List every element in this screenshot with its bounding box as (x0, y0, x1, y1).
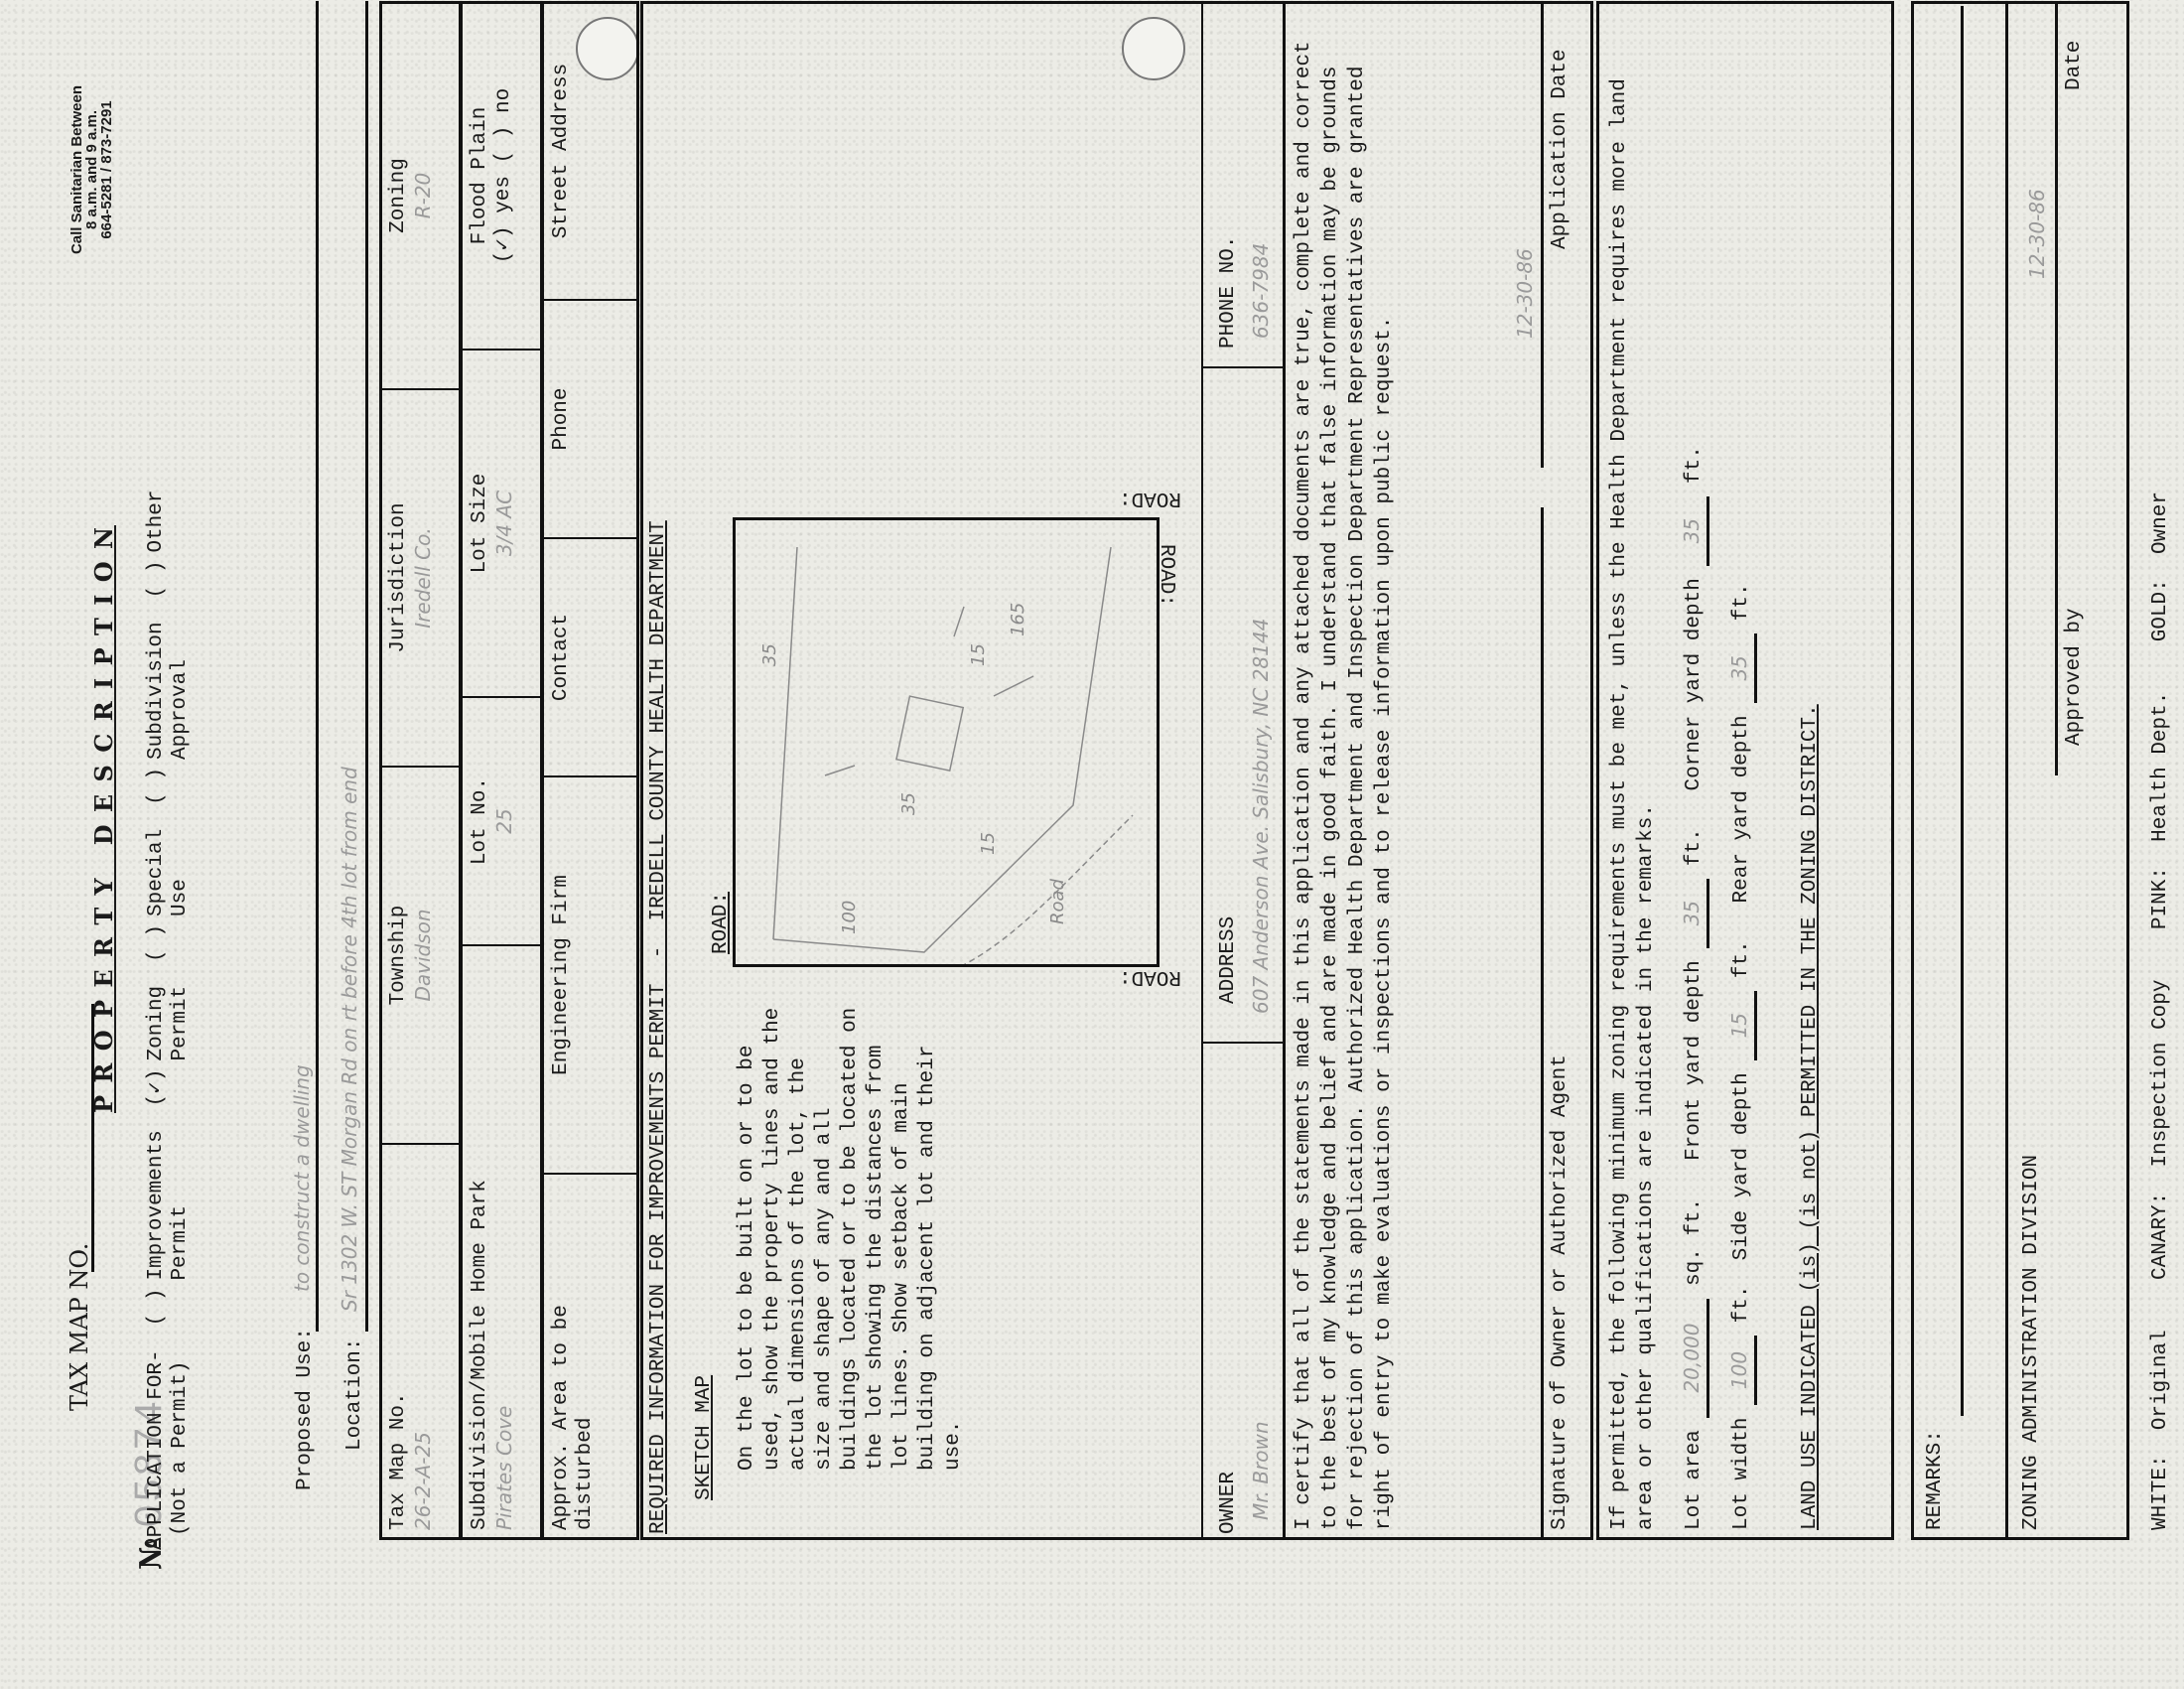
location-field[interactable] (365, 1, 368, 1332)
option-sublabel: Permit (169, 986, 193, 1061)
front-yard-value: 35 (1680, 901, 1704, 925)
option-improvements-permit[interactable]: ( ) ImprovementsPermit (145, 1130, 193, 1326)
signature-label: Signature of Owner or Authorized Agent (1549, 1055, 1572, 1530)
application-date-label: Application Date (1549, 49, 1572, 249)
road-label-right: ROAD: (1119, 486, 1181, 509)
cell-label: Approx. Area to be disturbed (550, 1183, 598, 1530)
option-label: Subdivision (145, 622, 169, 760)
location-label: Location: (343, 1338, 367, 1451)
corner-yard-value: 35 (1680, 518, 1704, 543)
owner-label: OWNER (1217, 1472, 1241, 1534)
requirements-intro: If permitted, the following minimum zoni… (1606, 21, 1660, 1530)
cell-label: Zoning (387, 11, 411, 380)
lot-area-field[interactable]: 20,000 (1680, 1299, 1709, 1418)
cell-contact[interactable]: Contact (542, 537, 639, 777)
svg-text:15: 15 (968, 643, 989, 666)
approved-by-label: Approved by (2063, 608, 2087, 746)
lot-area-row: Lot area 20,000 sq. ft. Front yard depth… (1680, 446, 1709, 1530)
cell-subdivision[interactable]: Subdivision/Mobile Home Park Pirates Cov… (461, 944, 542, 1540)
cell-label: Subdivision/Mobile Home Park (469, 954, 492, 1530)
corner-yard-label: Corner yard depth (1683, 578, 1706, 790)
cell-lot-no[interactable]: Lot No. 25 (461, 696, 542, 946)
approved-date-value: 12-30-86 (2025, 189, 2049, 279)
checkbox-improvements[interactable]: ( ) (145, 1289, 193, 1327)
checkbox-subdivision[interactable]: ( ) (145, 768, 193, 805)
flood-plain-options[interactable]: (✓) yes ( ) no (492, 11, 516, 341)
phone-value: 636-7984 (1249, 243, 1273, 339)
application-for-label-group: APPLICATION FOR- (Not a Permit) (145, 1349, 193, 1550)
sketch-map-label: SKETCH MAP (693, 1375, 717, 1500)
svg-text:15: 15 (978, 832, 999, 855)
address-value: 607 Anderson Ave. Salisbury, NC 28144 (1249, 619, 1273, 1014)
application-for-sublabel: (Not a Permit) (169, 1349, 193, 1550)
cell-label: Tax Map No. (387, 1153, 411, 1530)
call-line-2: 8 a.m. and 9 a.m. (84, 61, 99, 279)
side-yard-value: 15 (1727, 1013, 1751, 1038)
cell-value: Pirates Cove (492, 954, 516, 1530)
cell-label: Contact (550, 547, 574, 768)
application-date-value: 12-30-86 (1513, 248, 1537, 339)
sketch-drawing: 35 35 15 15 100 165 Road (736, 520, 1157, 964)
cell-label: Street Address (550, 11, 574, 291)
owner-value: Mr. Brown (1249, 1421, 1273, 1520)
cell-engineering-firm[interactable]: Engineering Firm (542, 775, 639, 1175)
call-line-3: 664-5281 / 873-7291 (99, 61, 114, 279)
cell-street-address[interactable]: Street Address (542, 1, 639, 301)
checkbox-special-use[interactable]: ( ) (145, 924, 193, 962)
rear-yard-value: 35 (1727, 655, 1751, 680)
option-special-use[interactable]: ( ) SpecialUse (145, 829, 193, 962)
remarks-divider (2005, 1, 2008, 1540)
copy-distribution-footer: WHITE: Original CANARY: Inspection Copy … (2149, 492, 2173, 1530)
cell-label: Jurisdiction (387, 398, 411, 758)
svg-text:165: 165 (1008, 603, 1028, 636)
owner-divider (1203, 1042, 1283, 1044)
unit-ft: ft. (1683, 446, 1706, 484)
scanned-form-page: TAX MAP NO. Call Sanitarian Between 8 a.… (0, 0, 2184, 1689)
cell-value: 26-2-A-25 (411, 1153, 435, 1530)
option-sublabel: Approval (169, 622, 193, 760)
svg-text:35: 35 (898, 792, 919, 815)
owner-row-top (1201, 1, 1203, 1540)
option-label: Special (145, 829, 169, 916)
side-yard-label: Side yard depth (1730, 1072, 1753, 1260)
cell-value: 25 (492, 706, 516, 936)
unit-ft: ft. (1730, 583, 1753, 621)
svg-text:100: 100 (839, 901, 860, 934)
option-label: Other (145, 491, 193, 553)
front-yard-label: Front yard depth (1683, 960, 1706, 1161)
cell-phone[interactable]: Phone (542, 299, 639, 539)
sketch-instructions: On the lot to be built on or to be used,… (735, 1004, 967, 1471)
call-sanitarian-box: Call Sanitarian Between 8 a.m. and 9 a.m… (69, 61, 114, 279)
cell-area-disturbed[interactable]: Approx. Area to be disturbed (542, 1173, 639, 1540)
unit-ft: ft. (1683, 828, 1706, 866)
cell-zoning[interactable]: Zoning R-20 (379, 1, 461, 390)
sketch-map-area[interactable]: 35 35 15 15 100 165 Road (733, 517, 1160, 967)
lot-area-unit: sq. ft. (1683, 1198, 1706, 1286)
lot-area-value: 20,000 (1680, 1324, 1704, 1393)
cell-value: Davidson (411, 775, 435, 1135)
lot-area-label: Lot area (1683, 1430, 1706, 1530)
proposed-use-value: to construct a dwelling (290, 1064, 314, 1292)
cell-tax-map-no[interactable]: Tax Map No. 26-2-A-25 (379, 1143, 461, 1540)
call-line-1: Call Sanitarian Between (69, 61, 84, 279)
cell-flood-plain[interactable]: Flood Plain (✓) yes ( ) no (461, 1, 542, 351)
cell-jurisdiction[interactable]: Jurisdiction Iredell Co. (379, 388, 461, 768)
option-sublabel: Permit (169, 1130, 193, 1280)
cell-label: Lot Size (469, 358, 492, 688)
tax-map-label: TAX MAP NO. (66, 1243, 93, 1411)
page-title: P R O P E R T Y D E S C R I P T I O N (89, 525, 118, 1113)
proposed-use-field[interactable] (316, 1, 319, 1332)
required-info-heading: REQUIRED INFORMATION FOR IMPROVEMENTS PE… (647, 520, 671, 1534)
road-label-left: ROAD: (1119, 964, 1181, 988)
cell-value: 3/4 AC (492, 358, 516, 688)
lot-width-value: 100 (1727, 1351, 1751, 1389)
lot-width-label: Lot width (1730, 1418, 1753, 1530)
corner-yard-field[interactable]: 35 (1680, 496, 1709, 566)
option-subdivision-approval[interactable]: ( ) SubdivisionApproval (145, 622, 193, 804)
proposed-use-label: Proposed Use: (294, 1328, 318, 1490)
cell-label: Lot No. (469, 706, 492, 936)
remarks-field[interactable] (1961, 6, 1964, 1416)
option-sublabel: Use (169, 829, 193, 916)
lot-width-field[interactable]: 100 (1727, 1336, 1757, 1405)
address-divider (1203, 366, 1283, 368)
cell-label: Township (387, 775, 411, 1135)
cell-value: Iredell Co. (411, 398, 435, 758)
cell-township[interactable]: Township Davidson (379, 766, 461, 1145)
application-for: APPLICATION FOR- (Not a Permit) ( ) Impr… (145, 61, 193, 1550)
remarks-label: REMARKS: (1924, 1430, 1948, 1530)
cell-label: Engineering Firm (550, 785, 574, 1165)
application-for-label: APPLICATION FOR- (145, 1349, 169, 1550)
rear-yard-label: Rear yard depth (1730, 715, 1753, 903)
unit-ft: ft. (1730, 940, 1753, 978)
road-label-top: ROAD: (710, 892, 734, 954)
cell-label: Flood Plain (469, 11, 492, 341)
signature-field[interactable] (1541, 507, 1544, 1540)
unit-ft: ft. (1730, 1286, 1753, 1324)
option-zoning-permit[interactable]: (✓) ZoningPermit (145, 986, 193, 1106)
sketch-note: 35 (759, 643, 780, 666)
cell-label: Phone (550, 309, 574, 529)
approved-by-field[interactable] (2055, 1, 2058, 775)
rear-yard-field[interactable]: 35 (1727, 633, 1757, 703)
address-label: ADDRESS (1217, 916, 1241, 1004)
certification-text: I certify that all of the statements mad… (1291, 21, 1398, 1530)
phone-label: PHONE NO. (1217, 236, 1241, 349)
checkbox-other[interactable]: ( ) (145, 561, 193, 599)
option-label: Improvements (145, 1130, 169, 1280)
land-use-statement: LAND USE INDICATED (is) (is not) PERMITT… (1799, 704, 1823, 1530)
front-yard-field[interactable]: 35 (1680, 879, 1709, 948)
lot-width-row: Lot width 100 ft. Side yard depth 15 ft.… (1727, 583, 1757, 1530)
side-yard-field[interactable]: 15 (1727, 991, 1757, 1060)
approval-date-label: Date (2063, 41, 2087, 90)
cell-lot-size[interactable]: Lot Size 3/4 AC (461, 349, 542, 698)
owner-row-bottom (1283, 1, 1286, 1540)
svg-text:Road: Road (1047, 878, 1068, 924)
checkbox-zoning[interactable]: (✓) (145, 1068, 193, 1106)
location-value: Sr 1302 W. ST Morgan Rd on rt before 4th… (338, 767, 361, 1312)
application-date-field[interactable] (1541, 1, 1544, 468)
option-other[interactable]: ( ) Other (145, 491, 193, 599)
zoning-admin-label: ZONING ADMINISTRATION DIVISION (2020, 1155, 2044, 1530)
option-label: Zoning (145, 986, 169, 1061)
cell-value: R-20 (411, 11, 435, 380)
